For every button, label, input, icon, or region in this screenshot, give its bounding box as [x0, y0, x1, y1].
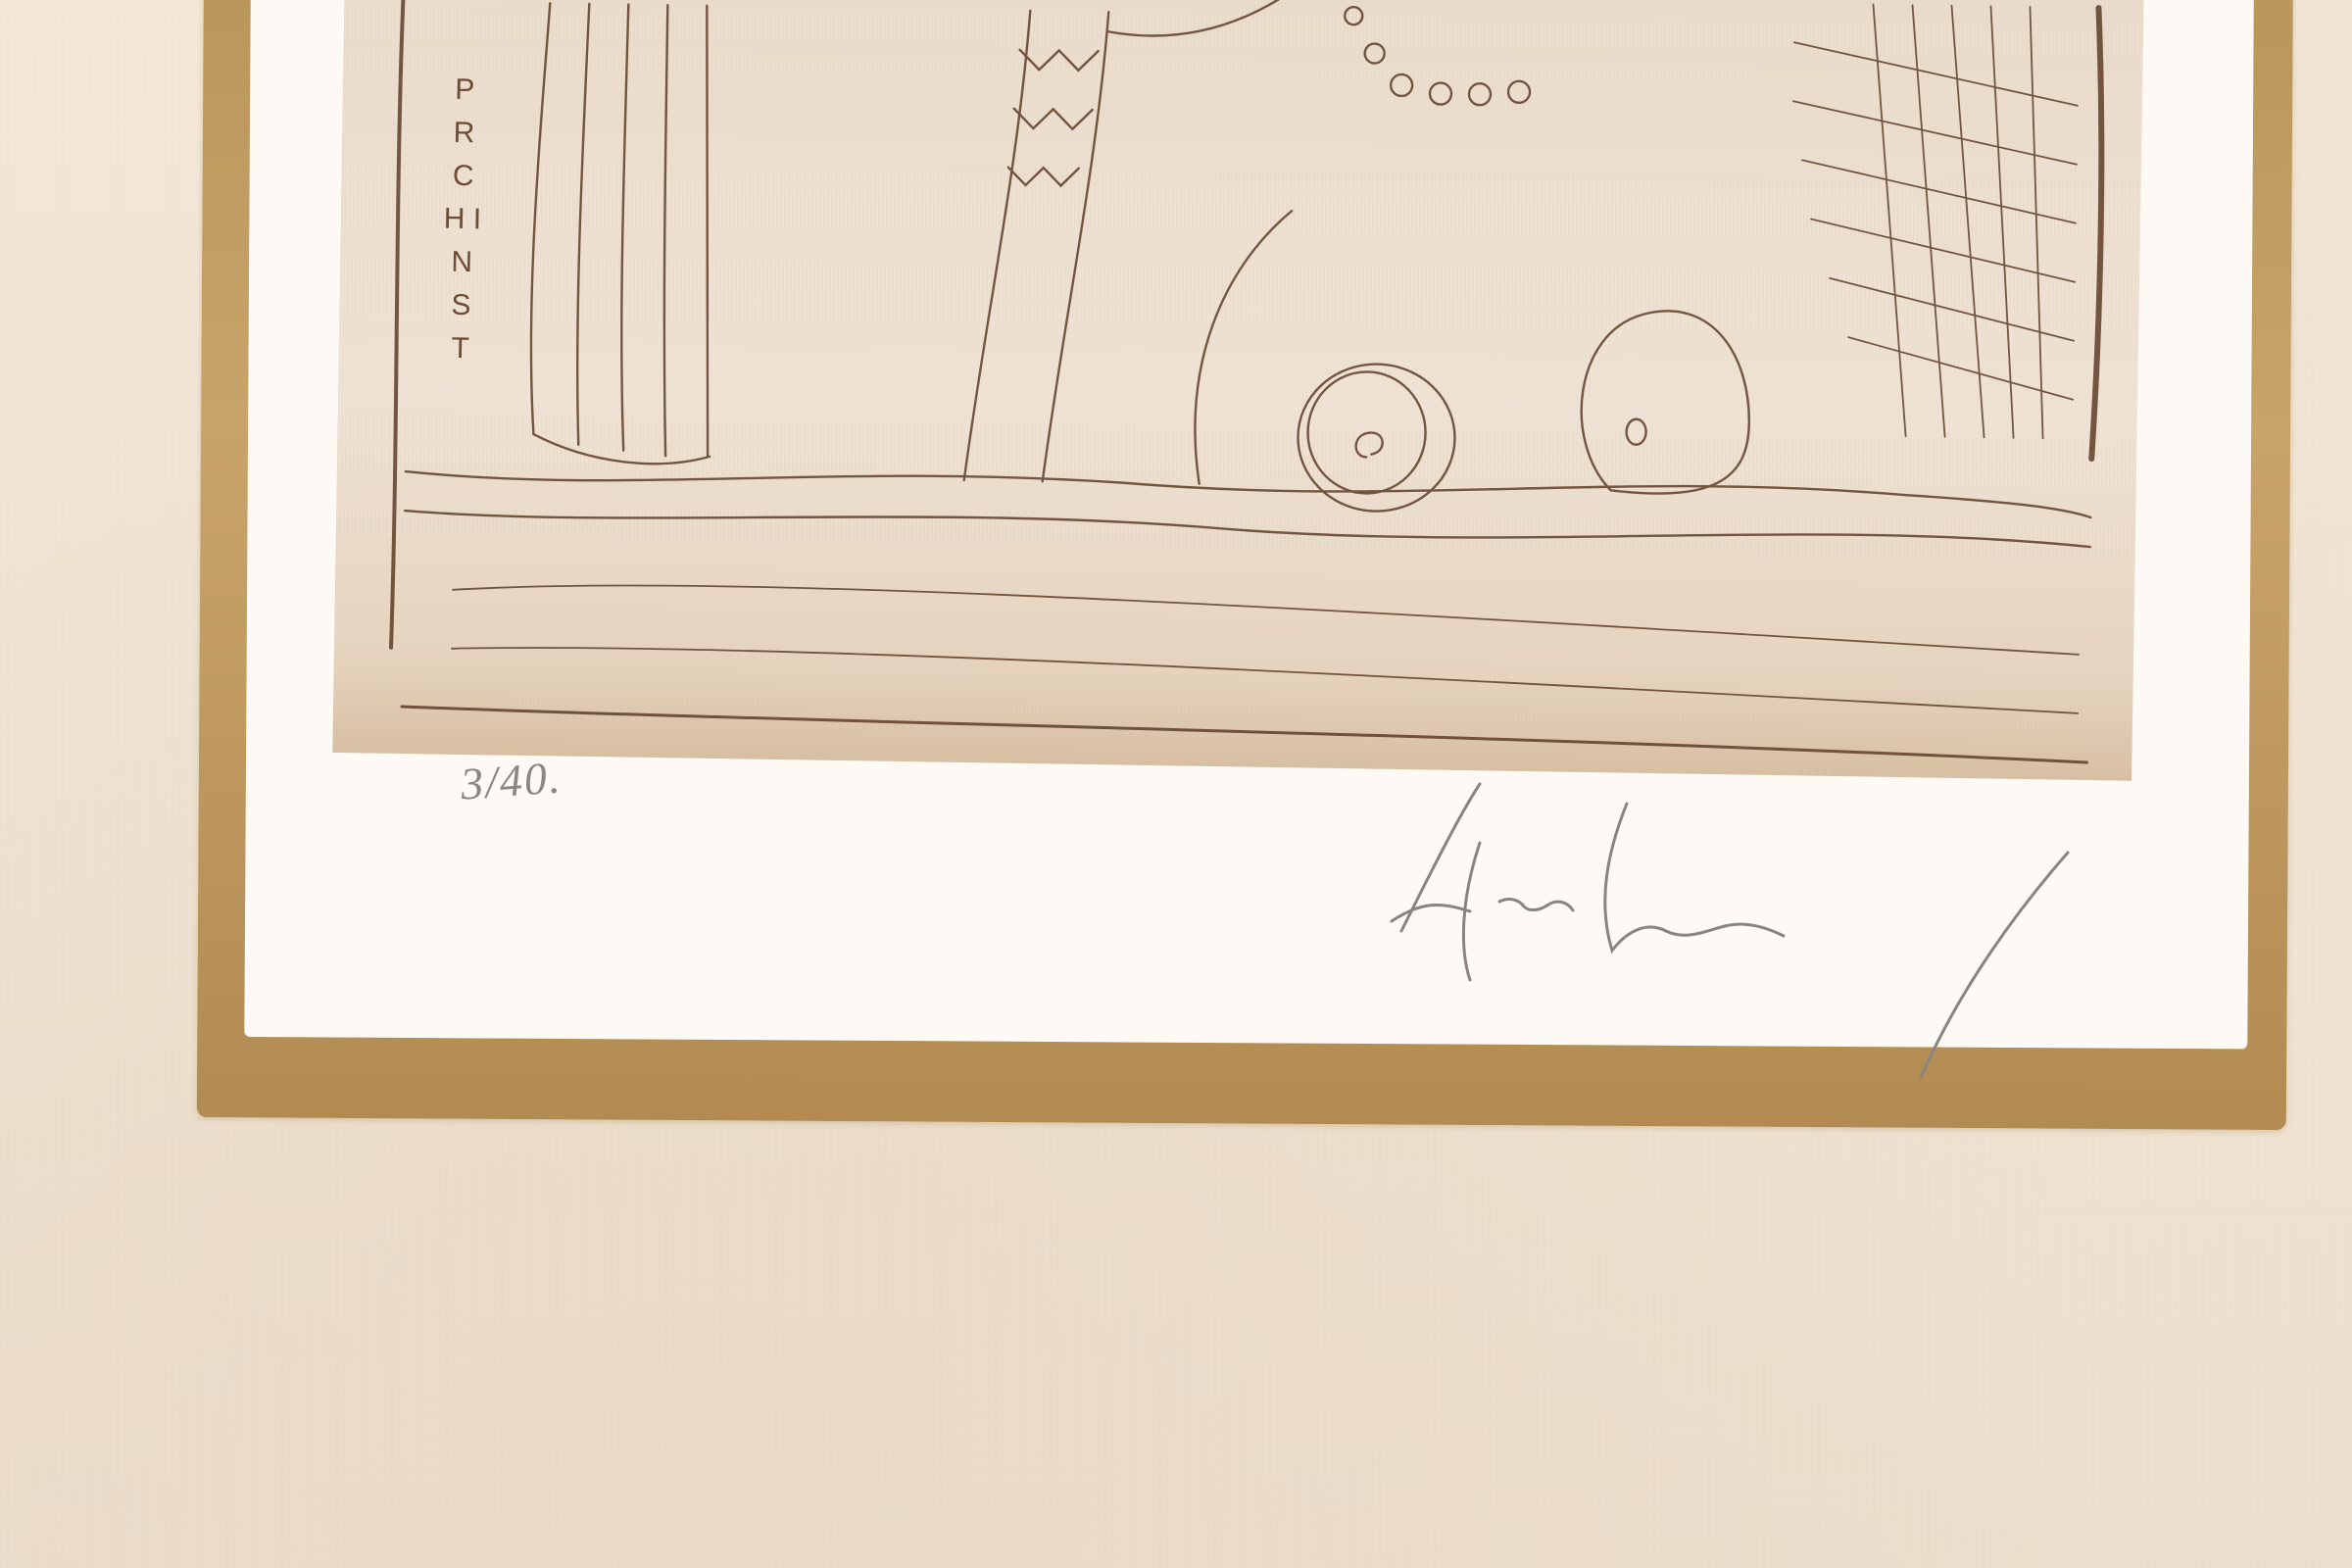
oval-form	[1580, 310, 1750, 495]
tree-trunk	[964, 0, 1286, 485]
draped-column	[529, 3, 716, 465]
etching-plate	[332, 0, 2143, 781]
plate-inscription: P R C H I N S T	[440, 69, 484, 371]
artist-signature	[1362, 755, 2146, 1078]
edition-number: 3/40.	[459, 751, 563, 809]
rope-band	[451, 582, 2079, 713]
crosshatch-net	[1788, 3, 2104, 459]
etching-drawing	[332, 0, 2143, 781]
bead-chain	[1344, 7, 1532, 106]
photo-scene: P R C H I N S T 3/40.	[0, 0, 2352, 1568]
